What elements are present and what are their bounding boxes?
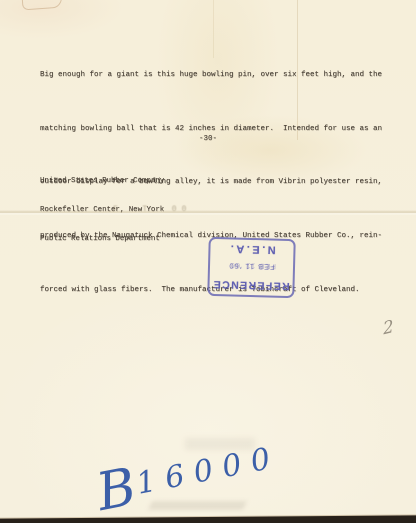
pencil-mark: 2	[382, 317, 394, 340]
fold-crease	[0, 210, 416, 215]
scanned-press-release-page: Big enough for a giant is this huge bowl…	[0, 0, 416, 523]
end-mark: -30-	[0, 135, 416, 143]
tape-curl-artifact	[21, 0, 62, 10]
bleed-through-smudge	[148, 501, 246, 510]
body-line: Big enough for a giant is this huge bowl…	[40, 67, 382, 85]
handwritten-digits: 16000	[134, 440, 283, 502]
address-line-company: United States Rubber Company	[40, 177, 164, 187]
stamp-organization: N.E.A.	[228, 242, 276, 255]
address-line-department: Public Relations Department	[40, 235, 164, 245]
scanner-edge-shadow	[0, 515, 416, 523]
stamp-date: FEB 11 '60	[228, 262, 275, 272]
stamp-reference-label: REFERENCE	[212, 278, 290, 292]
reference-date-stamp: REFERENCE FEB 11 '60 N.E.A.	[207, 237, 296, 298]
